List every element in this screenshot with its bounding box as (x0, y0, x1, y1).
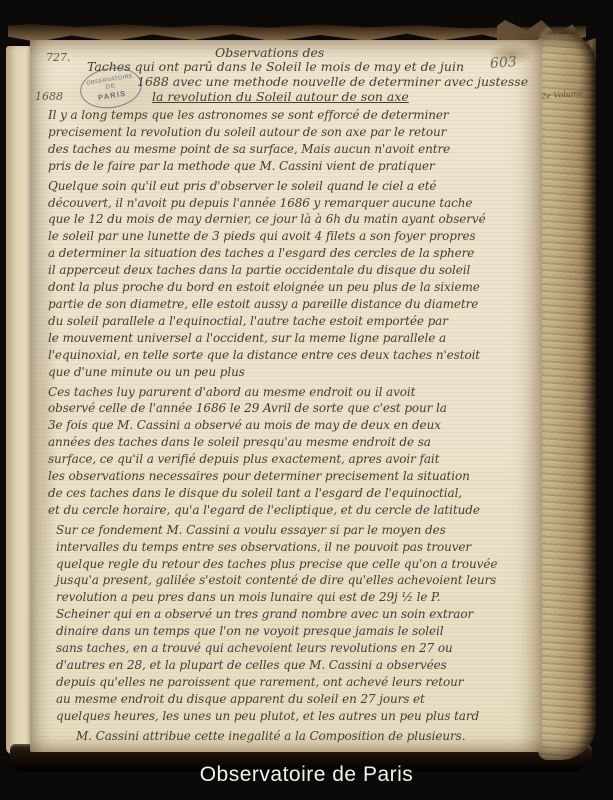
manuscript-line: pris de le faire par la methode que M. C… (48, 158, 538, 175)
manuscript-line: de ces taches dans le disque du soleil t… (48, 485, 538, 502)
manuscript-body: Il y a long temps que les astronomes se … (48, 107, 538, 745)
manuscript-line: Il y a long temps que les astronomes se … (48, 107, 538, 124)
manuscript-line: dinaire dans un temps que l'on ne voyoit… (48, 623, 538, 640)
manuscript-line: Scheiner qui en a observé un tres grand … (48, 606, 538, 623)
manuscript-line: et du cercle horaire, qu'a l'egard de l'… (48, 502, 538, 519)
manuscript-page: 727. 1688 603 OBSERVATOIRE DE PARIS Obse… (30, 40, 542, 752)
manuscript-line: precisement la revolution du soleil auto… (48, 124, 538, 141)
manuscript-line: depuis qu'elles ne paroissent que rareme… (48, 674, 538, 691)
paragraph: Quelque soin qu'il eut pris d'observer l… (48, 178, 538, 381)
photo-caption: Observatoire de Paris (0, 763, 613, 787)
manuscript-line: 3e fois que M. Cassini a observé au mois… (48, 417, 538, 434)
manuscript-line: a determiner la situation des taches a l… (48, 245, 538, 262)
manuscript-line: dont la plus proche du bord en estoit el… (48, 279, 538, 296)
manuscript-line: Ces taches luy parurent d'abord au mesme… (48, 384, 538, 401)
manuscript-line: observé celle de l'année 1686 le 29 Avri… (48, 400, 538, 417)
manuscript-line: les observations necessaires pour determ… (48, 468, 538, 485)
manuscript-line: M. Cassini attribue cette inegalité a la… (48, 728, 538, 745)
paragraph: Il y a long temps que les astronomes se … (48, 107, 538, 175)
folio-number-right: 603 (489, 54, 517, 72)
manuscript-line: l'equinoxial, en telle sorte que la dist… (48, 347, 538, 364)
manuscript-line: il apperceut deux taches dans la partie … (48, 262, 538, 279)
manuscript-line: revolution a peu pres dans un mois lunai… (48, 589, 538, 606)
margin-year: 1688 (35, 90, 63, 103)
manuscript-title-line: Observations des (215, 45, 324, 60)
manuscript-line: années des taches dans le soleil presqu'… (48, 434, 538, 451)
manuscript-line: intervalles du temps entre ses observati… (48, 539, 538, 556)
manuscript-line: d'autres en 28, et la plupart de celles … (48, 657, 538, 674)
manuscript-line: quelque regle du retour des taches plus … (48, 556, 538, 573)
manuscript-line: des taches au mesme point de sa surface,… (48, 141, 538, 158)
paragraph: Ces taches luy parurent d'abord au mesme… (48, 384, 538, 519)
manuscript-line: quelques heures, les unes un peu plutot,… (48, 708, 538, 725)
fore-edge-inscription: 2e Volume (541, 88, 588, 101)
manuscript-line: partie de son diametre, elle estoit auss… (48, 296, 538, 313)
manuscript-line: que d'une minute ou un peu plus (48, 364, 538, 381)
manuscript-title-line-underlined: la revolution du Soleil autour de son ax… (152, 89, 409, 104)
manuscript-line: au mesme endroit du disque apparent du s… (48, 691, 538, 708)
manuscript-line: Sur ce fondement M. Cassini a voulu essa… (48, 522, 538, 539)
paragraph: M. Cassini attribue cette inegalité a la… (48, 728, 538, 745)
manuscript-line: sans taches, en a trouvé qui achevoient … (48, 640, 538, 657)
manuscript-title-line: 1688 avec une methode nouvelle de determ… (137, 74, 528, 89)
paragraph: Sur ce fondement M. Cassini a voulu essa… (48, 522, 538, 725)
manuscript-line: le soleil par une lunette de 3 pieds qui… (48, 228, 538, 245)
book-fore-edge: 2e Volume (538, 34, 596, 760)
manuscript-line: du soleil parallele a l'equinoctial, l'a… (48, 313, 538, 330)
manuscript-line: le mouvement universel a l'occident, sur… (48, 330, 538, 347)
manuscript-line: Quelque soin qu'il eut pris d'observer l… (48, 178, 538, 195)
photograph-of-manuscript: 2e Volume 727. 1688 603 OBSERVATOIRE DE … (0, 0, 613, 800)
manuscript-line: découvert, il n'avoit pu depuis l'année … (48, 195, 538, 212)
manuscript-title-line: Taches qui ont parû dans le Soleil le mo… (87, 59, 464, 74)
manuscript-line: surface, ce qu'il a verifié depuis plus … (48, 451, 538, 468)
manuscript-line: que le 12 du mois de may dernier, ce jou… (48, 211, 538, 228)
folio-number-left: 727. (46, 51, 71, 64)
manuscript-line: jusqu'a present, galilée s'estoit conten… (48, 572, 538, 589)
